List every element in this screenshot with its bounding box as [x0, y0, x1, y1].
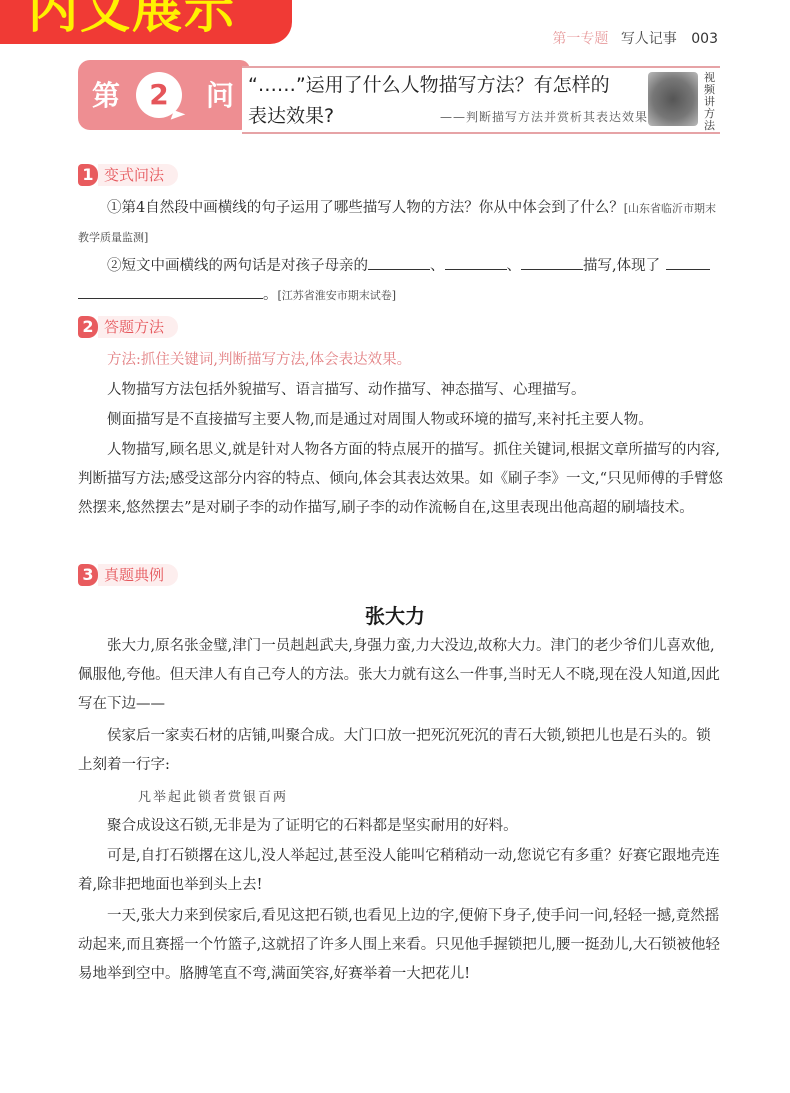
article-text: 侯家后一家卖石材的店铺,叫聚合成。大门口放一把死沉死沉的青石大锁,锁把儿也是石头… — [78, 728, 711, 773]
method-p2-text: 侧面描写是不直接描写主要人物,而是通过对周围人物或环境的描写,来衬托主要人物。 — [107, 412, 653, 428]
method-highlight: 方法:抓住关键词,判断描写方法,体会表达效果。 — [78, 346, 723, 375]
separator: 、 — [430, 258, 445, 274]
question-number: 2 — [149, 78, 168, 111]
page-number: 003 — [691, 31, 718, 47]
q2-text-a: ②短文中画横线的两句话是对孩子母亲的 — [107, 258, 368, 274]
promo-banner: 内文展示 — [0, 0, 292, 44]
period: 。 — [263, 287, 278, 303]
speech-bubble-icon: 2 — [136, 72, 182, 118]
answer-blank[interactable] — [666, 255, 710, 270]
question-tagline: ——判断描写方法并赏析其表达效果 — [440, 108, 648, 125]
section-number-badge: 2 — [78, 316, 98, 338]
answer-blank[interactable] — [521, 255, 583, 270]
question-number-tab: 第 2 问 — [78, 60, 250, 130]
method-paragraph-3: 人物描写,顾名思义,就是针对人物各方面的特点展开的描写。抓住关键词,根据文章所描… — [78, 436, 723, 523]
question-line-2: 表达效果? — [248, 101, 334, 128]
q2-source: [江苏省淮安市期末试卷] — [278, 289, 397, 302]
separator: 、 — [507, 258, 522, 274]
answer-blank[interactable] — [78, 284, 263, 299]
article-paragraph: 聚合成设这石锁,无非是为了证明它的石料都是坚实耐用的好料。 — [78, 812, 723, 841]
article-title: 张大力 — [0, 600, 790, 629]
qr-code-icon[interactable] — [648, 72, 698, 126]
article-text: 聚合成设这石锁,无非是为了证明它的石料都是坚实耐用的好料。 — [107, 818, 518, 834]
header-topic: 第一专题 — [552, 31, 608, 47]
method-p1-text: 人物描写方法包括外貌描写、语言描写、动作描写、神态描写、心理描写。 — [107, 382, 586, 398]
method-p3-text: 人物描写,顾名思义,就是针对人物各方面的特点展开的描写。抓住关键词,根据文章所描… — [78, 442, 723, 516]
question-header: 第 2 问 “……”运用了什么人物描写方法？有怎样的 表达效果? ——判断描写方… — [78, 60, 720, 132]
section-number-badge: 3 — [78, 564, 98, 586]
article-paragraph: 可是,自打石锁撂在这儿,没人举起过,甚至没人能叫它稍稍动一动,您说它有多重？好赛… — [78, 842, 723, 900]
article-text: 可是,自打石锁撂在这儿,没人举起过,甚至没人能叫它稍稍动一动,您说它有多重？好赛… — [78, 848, 720, 893]
article-paragraph: 一天,张大力来到侯家后,看见这把石锁,也看见上边的字,便俯下身子,使手问一问,轻… — [78, 902, 723, 989]
running-header: 第一专题 写人记事 003 — [552, 28, 718, 48]
question-line-1: “……”运用了什么人物描写方法？有怎样的 — [248, 70, 610, 97]
answer-blank[interactable] — [445, 255, 507, 270]
section-label: 真题典例 — [98, 564, 178, 586]
article-paragraph: 侯家后一家卖石材的店铺,叫聚合成。大门口放一把死沉死沉的青石大锁,锁把儿也是石头… — [78, 722, 723, 780]
answer-blank[interactable] — [368, 255, 430, 270]
section-label: 变式问法 — [98, 164, 178, 186]
q1-text: ①第4自然段中画横线的句子运用了哪些描写人物的方法？你从中体会到了什么？ — [107, 200, 624, 216]
lock-inscription: 凡举起此锁者赏银百两 — [138, 786, 288, 805]
question-suffix: 问 — [206, 74, 234, 114]
article-paragraph: 张大力,原名张金璧,津门一员赳赳武夫,身强力蛮,力大没边,故称大力。津门的老少爷… — [78, 632, 723, 719]
question-prefix: 第 — [92, 74, 120, 114]
qr-label: 视频讲方法 — [704, 72, 718, 132]
method-highlight-text: 方法:抓住关键词,判断描写方法,体会表达效果。 — [107, 352, 411, 368]
method-paragraph-2: 侧面描写是不直接描写主要人物,而是通过对周围人物或环境的描写,来衬托主要人物。 — [78, 406, 723, 435]
banner-label: 内文展示 — [28, 0, 236, 42]
question-box: “……”运用了什么人物描写方法？有怎样的 表达效果? ——判断描写方法并赏析其表… — [242, 66, 720, 134]
section-label: 答题方法 — [98, 316, 178, 338]
variant-question-1: ①第4自然段中画横线的句子运用了哪些描写人物的方法？你从中体会到了什么？[山东省… — [78, 194, 723, 252]
article-text: 张大力,原名张金璧,津门一员赳赳武夫,身强力蛮,力大没边,故称大力。津门的老少爷… — [78, 638, 720, 712]
q2-text-b: 描写,体现了 — [583, 258, 660, 274]
article-text: 一天,张大力来到侯家后,看见这把石锁,也看见上边的字,便俯下身子,使手问一问,轻… — [78, 908, 720, 982]
method-paragraph-1: 人物描写方法包括外貌描写、语言描写、动作描写、神态描写、心理描写。 — [78, 376, 723, 405]
variant-question-2: ②短文中画横线的两句话是对孩子母亲的、、描写,体现了。[江苏省淮安市期末试卷] — [78, 252, 723, 310]
header-subtopic: 写人记事 — [621, 31, 677, 47]
section-number-badge: 1 — [78, 164, 98, 186]
